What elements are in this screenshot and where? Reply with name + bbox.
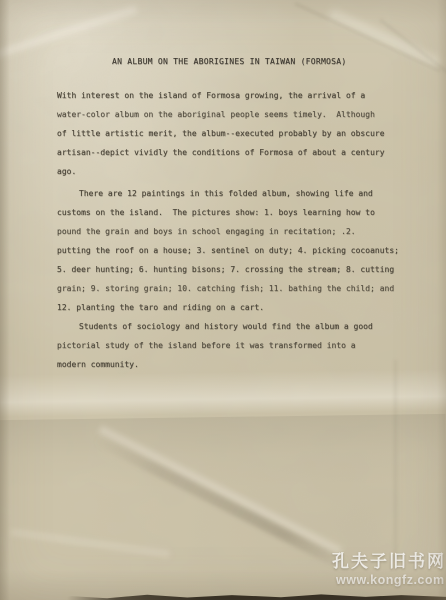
text-line: 12. planting the taro and riding on a ca… [57,298,399,317]
paper-crease [98,425,342,555]
kongfz-watermark: 孔夫子旧书网 www.kongfz.com [332,553,446,587]
text-line: putting the roof on a house; 3. sentinel… [57,241,399,260]
text-line: 5. deer hunting; 6. hunting bisons; 7. c… [57,260,399,279]
text-line: modern community. [57,355,373,374]
watermark-site-name: 孔夫子旧书网 [332,553,446,572]
text-line: of little artistic merit, the album--exe… [57,124,385,143]
paragraph-1: With interest on the island of Formosa g… [57,86,385,181]
text-line: water-color album on the aboriginal peop… [57,105,385,124]
text-line: ago. [57,162,385,181]
paper-crease [394,360,397,560]
text-line: customs on the island. The pictures show… [57,203,399,222]
paragraph-3: Students of sociology and history would … [57,317,373,374]
paragraph-2: There are 12 paintings in this folded al… [57,184,399,317]
text-line: artisan--depict vividly the conditions o… [57,143,385,162]
document-title: AN ALBUM ON THE ABORIGINES IN TAIWAN (FO… [112,57,346,66]
paper-crease [92,433,351,573]
paper-fold-shadow [0,414,446,490]
paper-fold-highlight [0,369,446,417]
text-line: pound the grain and boys in school engag… [57,222,399,241]
text-line: Students of sociology and history would … [57,317,373,336]
text-line: pictorial study of the island before it … [57,336,373,355]
photo-background-edge [0,593,446,600]
paper-crease [379,18,446,82]
text-line: grain; 9. storing grain; 10. catching fi… [57,279,399,298]
watermark-site-url: www.kongfz.com [336,573,446,587]
paper-crease [0,5,138,59]
text-line: With interest on the island of Formosa g… [57,86,385,105]
text-line: There are 12 paintings in this folded al… [57,184,399,203]
paper-crease [10,529,169,557]
scanned-document-page: AN ALBUM ON THE ABORIGINES IN TAIWAN (FO… [0,0,446,600]
